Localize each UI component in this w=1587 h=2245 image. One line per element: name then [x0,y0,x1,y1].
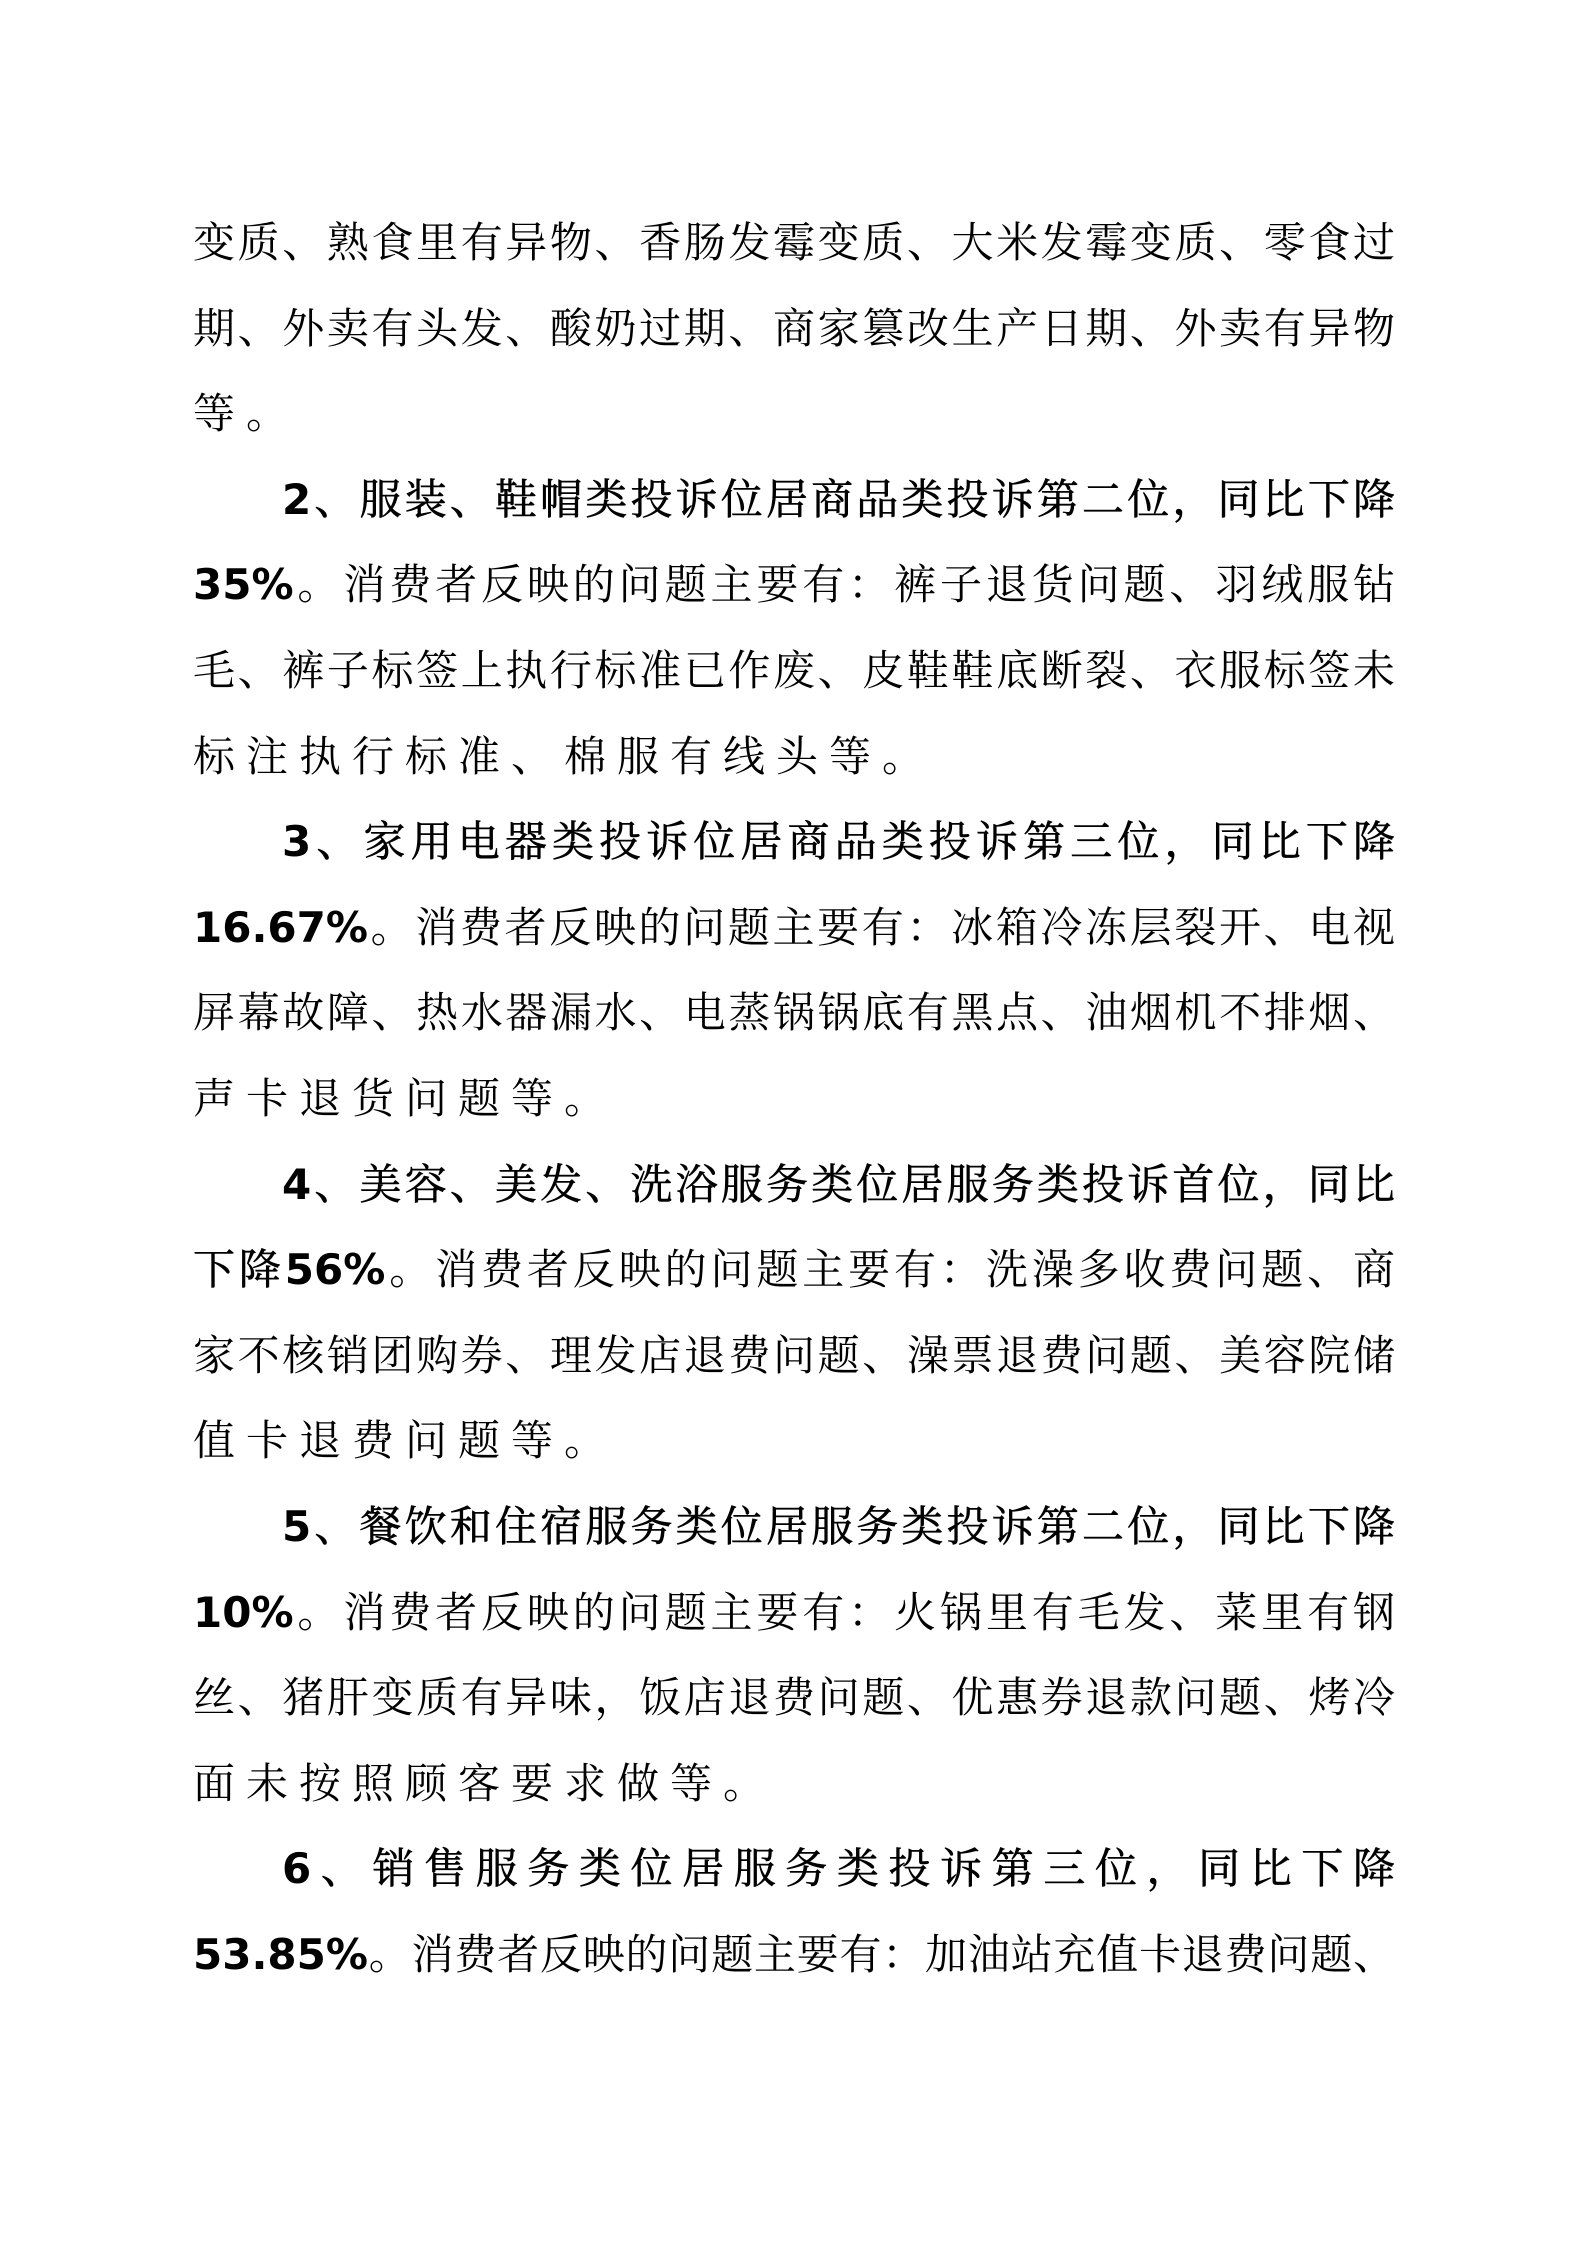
text-line: 期、外卖有头发、酸奶过期、商家篡改生产日期、外卖有异物 [193,293,1395,379]
line-text: 屏幕故障、热水器漏水、电蒸锅锅底有黑点、油烟机不排烟、 [193,988,1395,1037]
document-page: 变质、熟食里有异物、香肠发霉变质、大米发霉变质、零食过 期、外卖有头发、酸奶过期… [0,0,1587,2245]
paragraph-heading-line: 4、美容、美发、洗浴服务类位居服务类投诉首位，同比 [193,1149,1395,1235]
text-line: 等。 [193,378,1395,464]
text-line: 10%。消费者反映的问题主要有：火锅里有毛发、菜里有钢 [193,1577,1395,1663]
paragraph-food-continued: 变质、熟食里有异物、香肠发霉变质、大米发霉变质、零食过 期、外卖有头发、酸奶过期… [193,207,1395,464]
text-line: 丝、猪肝变质有异味，饭店退费问题、优惠券退款问题、烤冷 [193,1662,1395,1748]
line-text: 。消费者反映的问题主要有：加油站充值卡退费问题、 [368,1930,1395,1979]
item-number: 3 [282,817,311,866]
heading-text: 、家用电器类投诉位居商品类投诉第三位，同比下降 [311,817,1395,866]
line-text: 声卡退货问题等。 [193,1074,617,1123]
percentage-value: 35% [193,560,294,609]
heading-text: 、美容、美发、洗浴服务类位居服务类投诉首位，同比 [311,1160,1395,1209]
text-line: 毛、裤子标签上执行标准已作废、皮鞋鞋底断裂、衣服标签未 [193,635,1395,721]
paragraph-heading-line: 5、餐饮和住宿服务类位居服务类投诉第二位，同比下降 [193,1491,1395,1577]
line-text: 毛、裤子标签上执行标准已作废、皮鞋鞋底断裂、衣服标签未 [193,646,1395,695]
paragraph-heading-line: 2、服装、鞋帽类投诉位居商品类投诉第二位，同比下降 [193,464,1395,550]
text-line: 声卡退货问题等。 [193,1063,1395,1149]
text-line: 变质、熟食里有异物、香肠发霉变质、大米发霉变质、零食过 [193,207,1395,293]
line-text: 。消费者反映的问题主要有：裤子退货问题、羽绒服钻 [294,560,1395,609]
line-text: 。消费者反映的问题主要有：火锅里有毛发、菜里有钢 [294,1588,1395,1637]
text-line: 面未按照顾客要求做等。 [193,1748,1395,1834]
paragraph-beauty: 4、美容、美发、洗浴服务类位居服务类投诉首位，同比 下降56%。消费者反映的问题… [193,1149,1395,1491]
text-line: 值卡退费问题等。 [193,1405,1395,1491]
paragraph-heading-line: 6、销售服务类位居服务类投诉第三位，同比下降 [193,1833,1395,1919]
line-text: 变质、熟食里有异物、香肠发霉变质、大米发霉变质、零食过 [193,218,1395,267]
line-text: 面未按照顾客要求做等。 [193,1759,776,1808]
text-line: 屏幕故障、热水器漏水、电蒸锅锅底有黑点、油烟机不排烟、 [193,977,1395,1063]
line-text: 等。 [193,389,299,438]
line-text: 。消费者反映的问题主要有：洗澡多收费问题、商 [385,1245,1395,1294]
paragraph-appliances: 3、家用电器类投诉位居商品类投诉第三位，同比下降 16.67%。消费者反映的问题… [193,806,1395,1148]
line-text: 标注执行标准、棉服有线头等。 [193,732,935,781]
line-text: 。消费者反映的问题主要有：冰箱冷冻层裂开、电视 [368,903,1395,952]
heading-text: 、服装、鞋帽类投诉位居商品类投诉第二位，同比下降 [311,475,1395,524]
text-line: 53.85%。消费者反映的问题主要有：加油站充值卡退费问题、 [193,1919,1395,2005]
line-text: 丝、猪肝变质有异味，饭店退费问题、优惠券退款问题、烤冷 [193,1673,1395,1722]
text-line: 标注执行标准、棉服有线头等。 [193,721,1395,807]
item-number: 6 [282,1844,311,1893]
line-text: 值卡退费问题等。 [193,1416,617,1465]
percentage-value: 53.85% [193,1930,368,1979]
paragraph-catering: 5、餐饮和住宿服务类位居服务类投诉第二位，同比下降 10%。消费者反映的问题主要… [193,1491,1395,1833]
percentage-value: 16.67% [193,903,368,952]
heading-text: 、销售服务类位居服务类投诉第三位，同比下降 [311,1844,1395,1893]
paragraph-sales: 6、销售服务类位居服务类投诉第三位，同比下降 53.85%。消费者反映的问题主要… [193,1833,1395,2004]
item-number: 2 [282,475,311,524]
line-text: 期、外卖有头发、酸奶过期、商家篡改生产日期、外卖有异物 [193,304,1395,353]
percentage-value: 10% [193,1588,294,1637]
paragraph-heading-line: 3、家用电器类投诉位居商品类投诉第三位，同比下降 [193,806,1395,892]
line-text: 家不核销团购券、理发店退费问题、澡票退费问题、美容院储 [193,1331,1395,1380]
item-number: 5 [282,1502,311,1551]
text-line: 家不核销团购券、理发店退费问题、澡票退费问题、美容院储 [193,1320,1395,1406]
text-line: 35%。消费者反映的问题主要有：裤子退货问题、羽绒服钻 [193,549,1395,635]
paragraph-clothing: 2、服装、鞋帽类投诉位居商品类投诉第二位，同比下降 35%。消费者反映的问题主要… [193,464,1395,806]
document-body: 变质、熟食里有异物、香肠发霉变质、大米发霉变质、零食过 期、外卖有头发、酸奶过期… [193,207,1395,2004]
heading-text: 下降 [193,1245,285,1294]
heading-text: 、餐饮和住宿服务类位居服务类投诉第二位，同比下降 [311,1502,1395,1551]
percentage-value: 56% [285,1245,386,1294]
item-number: 4 [282,1160,311,1209]
text-line: 16.67%。消费者反映的问题主要有：冰箱冷冻层裂开、电视 [193,892,1395,978]
text-line: 下降56%。消费者反映的问题主要有：洗澡多收费问题、商 [193,1234,1395,1320]
